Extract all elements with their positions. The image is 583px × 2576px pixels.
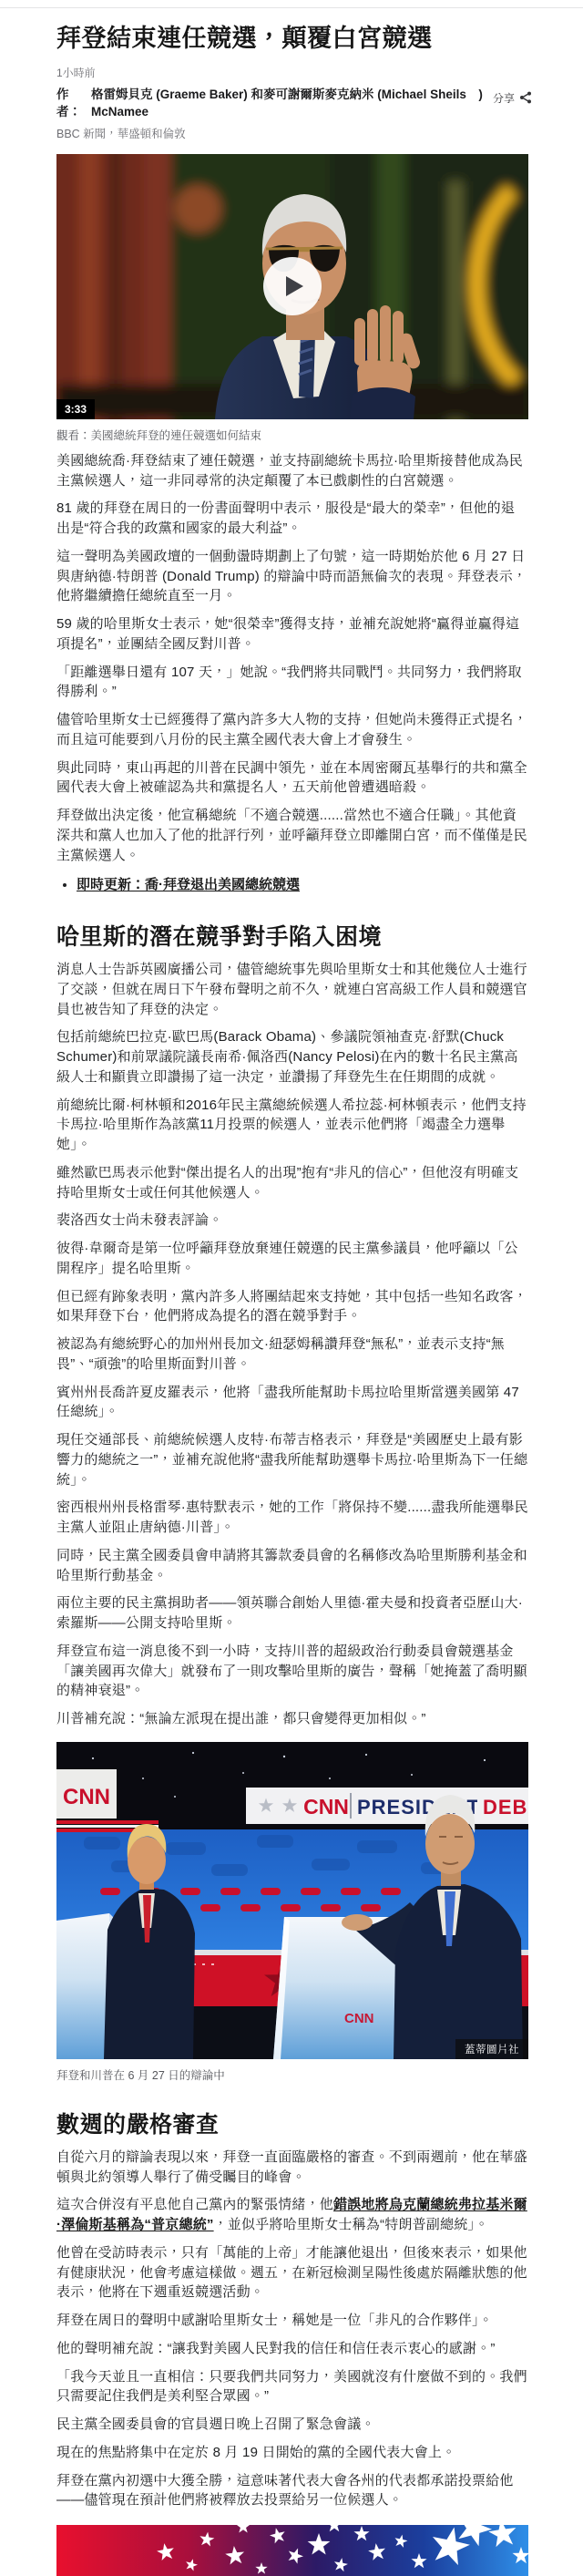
share-label: 分享: [493, 90, 515, 106]
byline-authors: 格雷姆貝克 (Graeme Baker) 和麥可謝爾斯麥克納米 (Michael…: [91, 86, 483, 121]
article-paragraph: 現在的焦點將集中在定於 8 月 19 日開始的黨的全國代表大會上。: [56, 2443, 528, 2463]
article-paragraph: 他的聲明補充說：“讓我對美國人民對我的信任和信任表示衷心的感謝。”: [56, 2339, 528, 2359]
article-paragraph: 前總統比爾·柯林頓和2016年民主黨總統候選人希拉蕊·柯林頓表示，他們支持卡馬拉…: [56, 1096, 528, 1155]
article-paragraph: 兩位主要的民主黨捐助者——領英聯合創始人里德·霍夫曼和投資者亞歷山大·索羅斯——…: [56, 1593, 528, 1633]
live-updates-link[interactable]: 即時更新：喬·拜登退出美國總統競選: [77, 877, 300, 892]
article-paragraph: 自從六月的辯論表現以來，拜登一直面臨嚴格的審查。不到兩週前，他在華盛頓與北約領導…: [56, 2148, 528, 2188]
article-paragraph: 但已經有跡象表明，黨內許多人將團結起來支持她，其中包括一些知名政客，如果拜登下台…: [56, 1287, 528, 1327]
debate-photo: CNN CNN PRESIDENT: [56, 1742, 528, 2059]
play-button[interactable]: [263, 257, 322, 315]
share-icon: [519, 91, 532, 104]
video-caption: 觀看：美國總統拜登的連任競選如何結束: [56, 427, 528, 443]
banner-debate-label: DEB: [483, 1796, 527, 1819]
article-paragraph: 被認為有總統野心的加州州長加文·紐瑟姆稱讚拜登“無私”，並表示支持“無畏”、“頑…: [56, 1334, 528, 1375]
section-heading-rivals: 哈里斯的潛在競爭對手陷入困境: [56, 919, 528, 952]
article-paragraph: 儘管哈里斯女士已經獲得了黨內許多大人物的支持，但她尚未獲得正式提名，而且這可能要…: [56, 710, 528, 750]
podium-cnn-logo: CNN: [344, 2011, 374, 2026]
image-credit-badge: 蓋蒂圖片社: [455, 2039, 528, 2059]
article-paragraph: 拜登在周日的聲明中感謝哈里斯女士，稱她是一位「非凡的合作夥伴」。: [56, 2311, 528, 2331]
banner-right-segment: DEB: [477, 1788, 528, 1824]
play-icon: [286, 276, 303, 296]
byline-source: BBC 新聞，華盛頓和倫敦: [56, 125, 528, 141]
cnn-sign-card: CNN: [56, 1769, 117, 1819]
us-election-banner: [56, 2525, 528, 2576]
paragraph-text: 這次合併沒有平息他自己黨內的緊張情緒，他: [56, 2197, 333, 2212]
article-paragraph: 「距離選舉日還有 107 天，」她說。“我們將共同戰鬥。共同努力，我們將取得勝利…: [56, 663, 528, 703]
article-paragraph: 拜登在黨內初選中大獲全勝，這意味著代表大會各州的代表都承諾投票給他——儘管現在預…: [56, 2471, 528, 2511]
article-paragraph: 裴洛西女士尚未發表評論。: [56, 1211, 528, 1231]
page-title: 拜登結束連任競選，顛覆白宮競選: [56, 23, 528, 56]
article-paragraph: 川普補充說：“無論左派現在提出誰，都只會變得更加相似。”: [56, 1709, 528, 1729]
related-links: 即時更新：喬·拜登退出美國總統競選: [56, 875, 528, 895]
article-paragraph: 他曾在受訪時表示，只有「萬能的上帝」才能讓他退出，但後來表示，如果他有健康狀況，…: [56, 2243, 528, 2303]
share-button[interactable]: 分享: [493, 90, 532, 106]
cnn-logo: CNN: [63, 1785, 110, 1809]
article-paragraph: 包括前總統巴拉克·歐巴馬(Barack Obama)、參議院領袖查克·舒默(Ch…: [56, 1027, 528, 1087]
byline-label: 作 者：: [56, 86, 81, 121]
article-paragraph: 賓州州長喬許夏皮羅表示，他將「盡我所能幫助卡馬拉哈里斯當選美國第 47 任總統」…: [56, 1383, 528, 1423]
article-paragraph-with-link: 這次合併沒有平息他自己黨內的緊張情緒，他錯誤地將烏克蘭總統弗拉基米爾·澤倫斯基稱…: [56, 2195, 528, 2235]
list-item: 即時更新：喬·拜登退出美國總統競選: [77, 875, 528, 895]
timestamp: 1小時前: [56, 65, 528, 80]
debate-photo-figure: CNN CNN PRESIDENT: [56, 1742, 528, 2083]
section-heading-scrutiny: 數週的嚴格審查: [56, 2107, 528, 2139]
article-paragraph: 雖然歐巴馬表示他對“傑出提名人的出現”抱有“非凡的信心”，但他沒有明確支持哈里斯…: [56, 1163, 528, 1203]
debate-photo-caption: 拜登和川普在 6 月 27 日的辯論中: [56, 2066, 528, 2083]
article-paragraph: 民主黨全國委員會的官員週日晚上召開了緊急會議。: [56, 2415, 528, 2435]
article-paragraph: 拜登做出決定後，他宣稱總統「不適合競選......當然也不適合任職」。其他資深共…: [56, 806, 528, 865]
banner-cnn-logo: CNN: [303, 1795, 349, 1819]
article-paragraph: 81 歲的拜登在周日的一份書面聲明中表示，服役是“最大的榮幸”，但他的退出是“符…: [56, 499, 528, 539]
article-paragraph: 同時，民主黨全國委員會申請將其籌款委員會的名稱修改為哈里斯勝利基金和哈里斯行動基…: [56, 1546, 528, 1586]
top-divider: [0, 0, 583, 8]
byline: 作 者： 格雷姆貝克 (Graeme Baker) 和麥可謝爾斯麥克納米 (Mi…: [56, 86, 528, 121]
video-player[interactable]: 3:33: [56, 154, 528, 419]
video-duration: 3:33: [56, 399, 95, 419]
cnn-debate-photo: CNN CNN PRESIDENT: [56, 1742, 528, 2059]
article-meta: 1小時前 作 者： 格雷姆貝克 (Graeme Baker) 和麥可謝爾斯麥克納…: [56, 65, 528, 141]
article-paragraph: 美國總統喬·拜登結束了連任競選，並支持副總統卡馬拉·哈里斯接替他成為民主黨候選人…: [56, 451, 528, 491]
article-paragraph: 消息人士告訴英國廣播公司，儘管總統事先與哈里斯女士和其他幾位人士進行了交談，但就…: [56, 960, 528, 1019]
article-paragraph: 彼得·韋爾奇是第一位呼籲拜登放棄連任競選的民主黨參議員，他呼籲以「公開程序」提名…: [56, 1239, 528, 1279]
article-paragraph: 59 歲的哈里斯女士表示，她“很榮幸”獲得支持，並補充說她將“贏得並贏得這項提名…: [56, 614, 528, 654]
article-paragraph: 「我今天並且一直相信：只要我們共同努力，美國就沒有什麼做不到的。我們只需要記住我…: [56, 2367, 528, 2407]
article-body: 3:33 觀看：美國總統拜登的連任競選如何結束 美國總統喬·拜登結束了連任競選，…: [56, 154, 528, 2576]
lead-video-figure: 3:33 觀看：美國總統拜登的連任競選如何結束: [56, 154, 528, 443]
article-paragraph: 這一聲明為美國政壇的一個動盪時期劃上了句號，這一時期始於他 6 月 27 日與唐…: [56, 547, 528, 606]
article-paragraph: 拜登宣布這一消息後不到一小時，支持川普的超級政治行動委員會競選基金「讓美國再次偉…: [56, 1642, 528, 1701]
article-paragraph: 密西根州州長格雷琴·惠特默表示，她的工作「將保持不變......盡我所能選舉民主…: [56, 1498, 528, 1538]
article-paragraph: 與此同時，東山再起的川普在民調中領先，並在本周密爾瓦基舉行的共和黨全國代表大會上…: [56, 758, 528, 799]
paragraph-text: ，並似乎將哈里斯女士稱為“特朗普副總統」。: [214, 2217, 489, 2232]
article-paragraph: 現任交通部長、前總統候選人皮特·布蒂吉格表示，拜登是“美國歷史上最有影響力的總統…: [56, 1430, 528, 1489]
